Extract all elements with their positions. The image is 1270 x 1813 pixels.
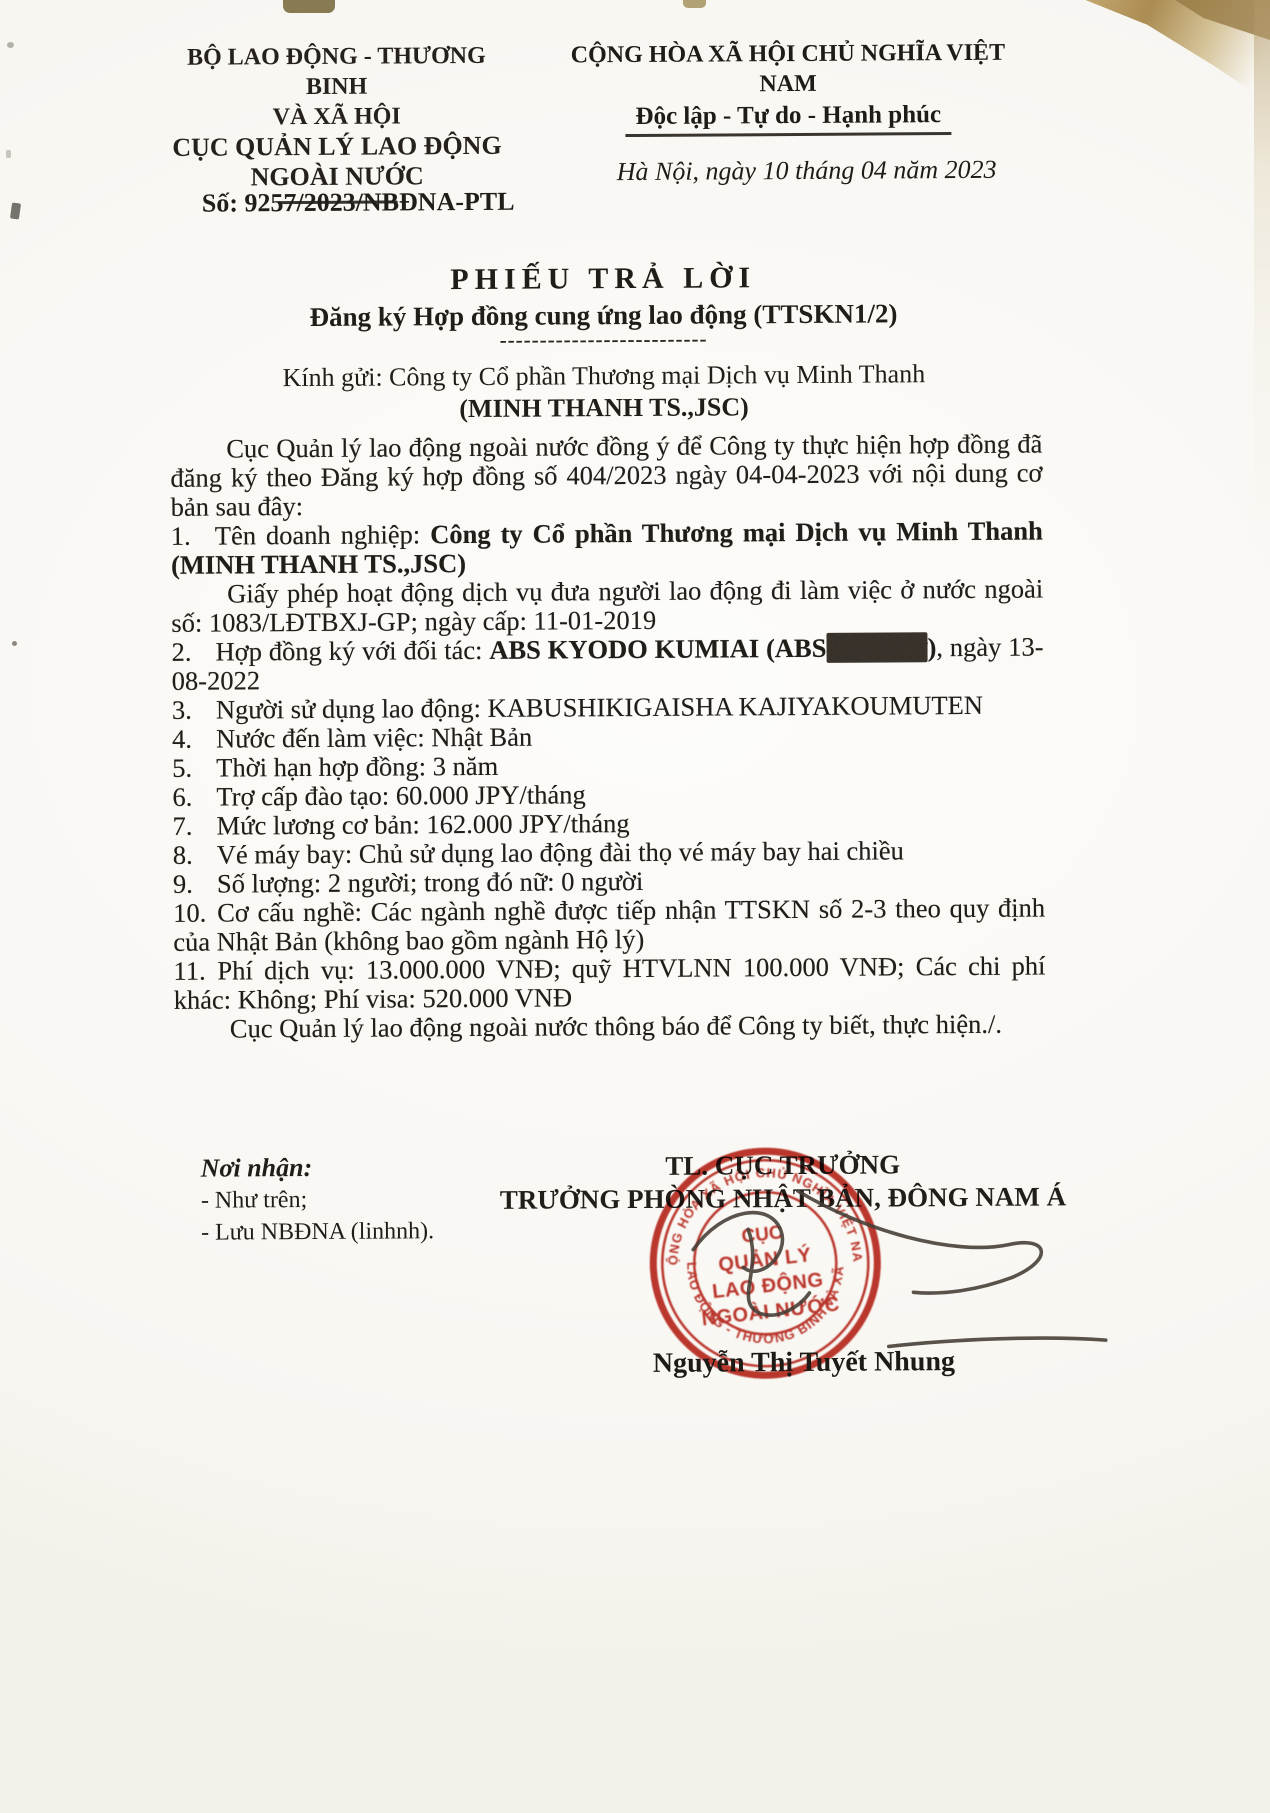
body-paragraph: 2.Hợp đồng ký với đối tác: ABS KYODO KUM… [171,633,1043,696]
text-segment: Người sử dụng lao động: KABUSHIKIGAISHA … [216,690,983,725]
text-segment: Tên doanh nghiệp: [215,519,431,550]
text-segment: ) [927,632,936,662]
item-number: 4. [172,725,216,754]
item-number: 1. [171,522,215,551]
recipients-block: Nơi nhận: - Như trên;- Lưu NBĐNA (linhnh… [201,1151,435,1248]
text-segment: Nước đến làm việc: Nhật Bản [216,722,532,754]
body-paragraph: Giấy phép hoạt động dịch vụ đưa người la… [171,575,1043,638]
item-number: 7. [173,812,217,841]
issuing-agency-block: BỘ LAO ĐỘNG - THƯƠNG BINH VÀ XÃ HỘI CỤC … [164,41,510,205]
body-paragraphs: Cục Quản lý lao động ngoài nước đồng ý đ… [170,430,1046,1044]
page-title: PHIẾU TRẢ LỜI [167,260,1039,299]
body-paragraph: 10.Cơ cấu nghề: Các ngành nghề được tiếp… [173,893,1045,956]
text-segment: Phí dịch vụ: 13.000.000 VNĐ; quỹ HTVLNN … [174,950,1046,1014]
body-paragraph: 1.Tên doanh nghiệp: Công ty Cổ phần Thươ… [171,517,1043,580]
body-paragraph: Cục Quản lý lao động ngoài nước đồng ý đ… [170,430,1043,522]
item-number: 5. [172,754,216,783]
item-number: 8. [173,841,217,870]
text-segment: Cục Quản lý lao động ngoài nước đồng ý đ… [170,429,1042,522]
national-title: CỘNG HÒA XÃ HỘI CHỦ NGHĨA VIỆT NAM [548,38,1028,101]
text-segment: ABS KYODO KUMIAI (ABS [489,633,826,665]
signer-name: Nguyễn Thị Tuyết Nhung [574,1346,1034,1381]
document-number: Số: 9257/2023/NBĐNA-PTL [202,187,515,219]
item-number: 9. [173,870,217,899]
text-segment: Số lượng: 2 người; trong đó nữ: 0 người [217,866,644,899]
text-segment: Cơ cấu nghề: Các ngành nghề được tiếp nh… [173,892,1045,956]
body-paragraph: 11.Phí dịch vụ: 13.000.000 VNĐ; quỹ HTVL… [173,951,1045,1014]
item-number: 11. [173,957,217,986]
text-segment: Hợp đồng ký với đối tác: [215,635,489,667]
body-paragraph: Cục Quản lý lao động ngoài nước thông bá… [174,1009,1046,1043]
item-number: 10. [173,899,217,928]
recipients-label: Nơi nhận: [201,1151,434,1184]
text-segment: Giấy phép hoạt động dịch vụ đưa người la… [171,574,1043,638]
recipient-lines: - Như trên;- Lưu NBĐNA (linhnh). [201,1183,434,1248]
recipient-line: - Như trên; [201,1183,434,1216]
salutation-line2: (MINH THANH TS.,JSC) [168,391,1040,426]
document-content: BỘ LAO ĐỘNG - THƯƠNG BINH VÀ XÃ HỘI CỤC … [0,0,1270,1813]
item-number: 3. [172,696,216,725]
text-segment: Thời hạn hợp đồng: 3 năm [216,751,498,783]
motto-line: Độc lập - Tự do - Hạnh phúc [625,100,951,137]
text-segment: Vé máy bay: Chủ sử dụng lao động đài thọ… [217,835,904,869]
department-name-line1: CỤC QUẢN LÝ LAO ĐỘNG [164,131,509,163]
title-block: PHIẾU TRẢ LỜI Đăng ký Hợp đồng cung ứng … [167,260,1040,426]
item-number: 2. [171,638,215,667]
national-motto-block: CỘNG HÒA XÃ HỘI CHỦ NGHĨA VIỆT NAM Độc l… [548,38,1029,188]
salutation-line1: Kính gửi: Công ty Cổ phần Thương mại Dịc… [168,359,1040,394]
ministry-name-line2: VÀ XÃ HỘI [164,101,509,133]
item-number: 6. [172,783,216,812]
scanned-document-page: BỘ LAO ĐỘNG - THƯƠNG BINH VÀ XÃ HỘI CỤC … [0,0,1270,1813]
date-line: Hà Nội, ngày 10 tháng 04 năm 2023 [549,155,1029,188]
body-paragraph: 3.Người sử dụng lao động: KABUSHIKIGAISH… [172,691,1044,725]
text-segment: 協同組合 [826,632,927,663]
recipient-line: - Lưu NBĐNA (linhnh). [201,1215,434,1248]
text-segment: Cục Quản lý lao động ngoài nước thông bá… [230,1009,1002,1044]
text-segment: Trợ cấp đào tạo: 60.000 JPY/tháng [216,779,585,811]
text-segment: Mức lương cơ bản: 162.000 JPY/tháng [217,808,630,841]
ministry-name-line1: BỘ LAO ĐỘNG - THƯƠNG BINH [164,41,509,103]
